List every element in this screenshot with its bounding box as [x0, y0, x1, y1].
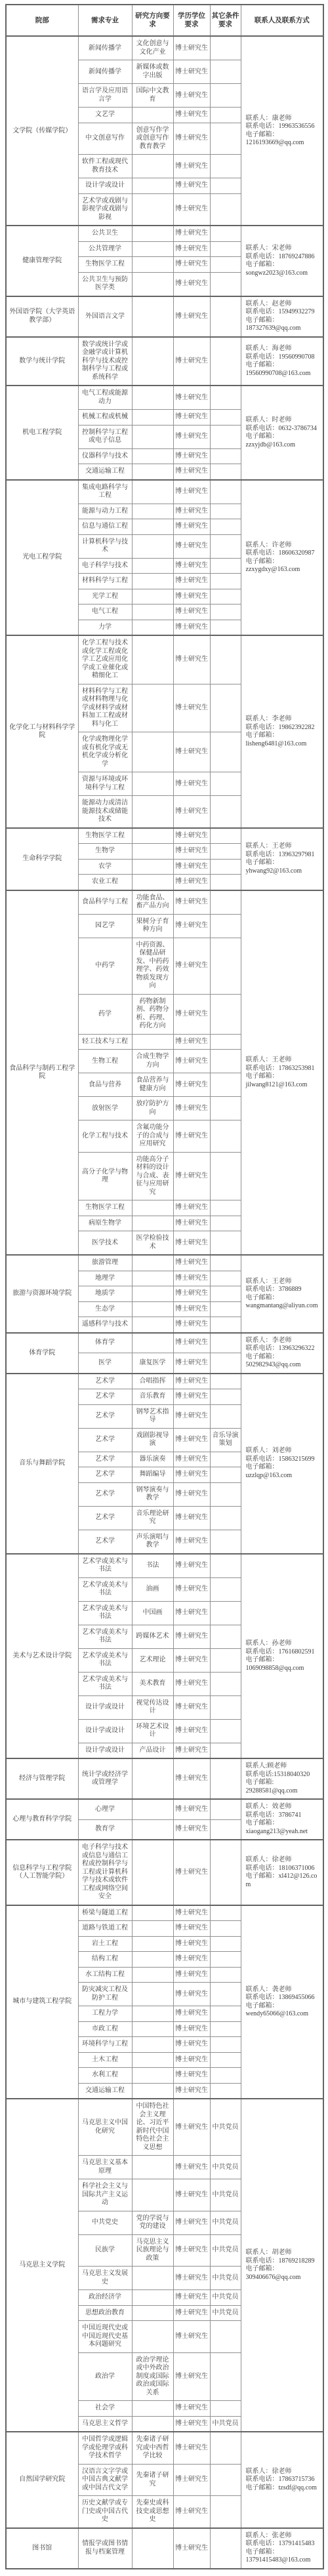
- direction-cell: [132, 2305, 173, 2321]
- direction-cell: [132, 1921, 173, 1937]
- other-cell: [210, 1374, 241, 1389]
- contact-cell: 联系人：胡老师联系电话：18769218289电子邮箱：309406676@qq…: [241, 2099, 323, 2432]
- major-cell: 艺术学或戏剧与影视学或戏剧与影视: [78, 193, 132, 226]
- contact-cell: 联系人：宋老师联系电话：18769247886电子邮箱：songwz2023@1…: [241, 226, 323, 296]
- direction-cell: [132, 519, 173, 535]
- direction-cell: [132, 2528, 173, 2569]
- degree-cell: 博士研究生: [173, 1317, 210, 1333]
- contact-line: 联系人：赵老师: [246, 300, 321, 309]
- major-cell: 设计学或设计: [78, 1695, 132, 1719]
- contact-cell: 联系人：徐老师联系电话：17863715736电子邮箱：tzsdf@qq.com: [241, 2432, 323, 2528]
- other-cell: [210, 84, 241, 108]
- college-cell: 体育学院: [6, 1333, 78, 1374]
- degree-cell: 博士研究生: [173, 2179, 210, 2211]
- major-cell: 马克思主义中国化研究: [78, 2099, 132, 2156]
- major-cell: 新闻传播学: [78, 60, 132, 84]
- major-cell: 教育学: [78, 1819, 132, 1840]
- direction-cell: 中国特色社会主义理论、习近平新时代中国特色社会主义思想: [132, 2099, 173, 2156]
- major-cell: 交通运输工程: [78, 2083, 132, 2099]
- direction-cell: [132, 1255, 173, 1271]
- direction-cell: [132, 2179, 173, 2211]
- header-contact: 联系人及联系方式: [241, 5, 323, 36]
- direction-cell: [132, 448, 173, 464]
- direction-cell: [132, 1216, 173, 1231]
- college-cell: 光电工程学院: [6, 480, 78, 636]
- major-cell: 环境科学与工程: [78, 2037, 132, 2053]
- degree-cell: 博士研究生: [173, 1389, 210, 1405]
- direction-cell: 视觉传达设计: [132, 1695, 173, 1719]
- degree-cell: 博士研究生: [173, 1428, 210, 1452]
- major-cell: 社会学: [78, 2401, 132, 2417]
- major-cell: 化学工程与技术或化学工程或化学工艺或应用化学或工业催化或精细化工: [78, 635, 132, 684]
- direction-cell: 先秦诸子研究: [132, 2464, 173, 2496]
- direction-cell: 功能食品、畜产品方向: [132, 890, 173, 915]
- other-cell: [210, 337, 241, 386]
- contact-line: 电子邮箱：: [246, 2265, 321, 2274]
- contact-cell: 联系人：袭老师联系电话：13869455066电子邮箱：wendy65066@1…: [241, 1905, 323, 2099]
- table-row: 美术与艺术设计学院艺术学或美术与书法书法博士研究生联系人：孙老师联系电话：176…: [6, 1554, 323, 1578]
- other-cell: [210, 994, 241, 1034]
- college-cell: 自然国学研究院: [6, 2432, 78, 2528]
- direction-cell: [132, 684, 173, 732]
- college-cell: 生命科学学院: [6, 828, 78, 890]
- other-cell: [210, 1317, 241, 1333]
- major-cell: 新闻传播学: [78, 36, 132, 60]
- degree-cell: 博士研究生: [173, 425, 210, 448]
- other-cell: [210, 1467, 241, 1483]
- contact-line: 联系电话：19862392282: [246, 724, 321, 732]
- direction-cell: 油画: [132, 1577, 173, 1601]
- direction-cell: 跨媒体艺术: [132, 1625, 173, 1648]
- major-cell: 艺术学或美术与书法: [78, 1577, 132, 1601]
- major-cell: 遥感科学与技术: [78, 1317, 132, 1333]
- other-cell: 音乐导演策划: [210, 1428, 241, 1452]
- degree-cell: 博士研究生: [173, 60, 210, 84]
- other-cell: [210, 890, 241, 915]
- degree-cell: 博士研究生: [173, 2321, 210, 2353]
- contact-line: lisheng6481@163.com: [246, 740, 321, 749]
- other-cell: [210, 60, 241, 84]
- college-cell: 美术与艺术设计学院: [6, 1554, 78, 1759]
- college-cell: 马克思主义学院: [6, 2099, 78, 2432]
- major-cell: 艺术学: [78, 1452, 132, 1467]
- direction-cell: [132, 1983, 173, 2006]
- college-cell: 旅游与资源环境学院: [6, 1255, 78, 1333]
- college-cell: 城市与建筑工程学院: [6, 1905, 78, 2099]
- contact-line: 联系人：海老师: [246, 345, 321, 353]
- other-cell: [210, 1952, 241, 1968]
- direction-cell: [132, 1799, 173, 1819]
- contact-line: 电子邮箱：: [246, 1073, 321, 1081]
- degree-cell: 博士研究生: [173, 1216, 210, 1231]
- major-cell: 中药学: [78, 938, 132, 994]
- degree-cell: 博士研究生: [173, 558, 210, 574]
- degree-cell: 博士研究生: [173, 2267, 210, 2290]
- table-row: 机电工程学院电气工程或能源动力博士研究生联系人：时老师联系电话：0632-378…: [6, 386, 323, 410]
- major-cell: 控制科学与工程或电子信息: [78, 425, 132, 448]
- contact-line: 联系人：许老师: [246, 542, 321, 550]
- contact-line: 电子邮箱：: [246, 1819, 321, 1828]
- major-cell: 艺术学: [78, 1374, 132, 1389]
- degree-cell: 博士研究生: [173, 1097, 210, 1120]
- major-cell: 放射医学: [78, 1097, 132, 1120]
- direction-cell: [132, 620, 173, 635]
- direction-cell: [132, 534, 173, 558]
- other-cell: [210, 1601, 241, 1625]
- contact-line: yhwang92@163.com: [246, 867, 321, 876]
- degree-cell: 博士研究生: [173, 1799, 210, 1819]
- other-cell: [210, 1301, 241, 1317]
- major-cell: 农业工程: [78, 875, 132, 890]
- page: 院部 需求专业 研究方向要求 学历学位要求 其它条件要求 联系人及联系方式 文学…: [0, 0, 328, 2576]
- contact-line: 联系电话：17863253981: [246, 1065, 321, 1073]
- other-cell: [210, 1152, 241, 1200]
- direction-cell: [132, 635, 173, 684]
- degree-cell: 博士研究生: [173, 1467, 210, 1483]
- other-cell: [210, 1231, 241, 1256]
- contact-line: 电子邮箱：: [246, 361, 321, 370]
- direction-cell: [132, 1952, 173, 1968]
- table-row: 光电工程学院集成电路科学与工程博士研究生联系人：许老师联系电话：18606320…: [6, 480, 323, 504]
- contact-line: 联系电话：18606320987: [246, 549, 321, 558]
- other-cell: [210, 2037, 241, 2053]
- direction-cell: [132, 1819, 173, 1840]
- degree-cell: 博士研究生: [173, 1333, 210, 1353]
- other-cell: [210, 1819, 241, 1840]
- contact-line: 联系人：徐老师: [246, 2468, 321, 2476]
- other-cell: [210, 684, 241, 732]
- degree-cell: 博士研究生: [173, 2211, 210, 2234]
- direction-cell: [132, 732, 173, 772]
- contact-line: 电子邮箱：: [246, 859, 321, 867]
- contact-line: 联系人：宋老师: [246, 245, 321, 253]
- other-cell: [210, 2401, 241, 2417]
- table-body: 文学院（传媒学院）新闻传播学文化创意与文化产业博士研究生联系人：康老师联系电话：…: [6, 36, 323, 2569]
- degree-cell: 博士研究生: [173, 257, 210, 273]
- other-cell: [210, 1034, 241, 1050]
- direction-cell: 声乐演唱与教学: [132, 1530, 173, 1554]
- contact-line: zzxygdxy@163.com: [246, 566, 321, 574]
- contact-line: 联系电话：3786889: [246, 1286, 321, 1294]
- other-cell: [210, 155, 241, 178]
- contact-line: 联系电话：13963297981: [246, 851, 321, 860]
- contact-line: 电子邮箱：: [246, 317, 321, 325]
- direction-cell: 先秦诸子研究或中西哲学比较: [132, 2432, 173, 2464]
- direction-cell: [132, 425, 173, 448]
- major-cell: 情报学或图书情报与档案管理: [78, 2528, 132, 2569]
- degree-cell: 博士研究生: [173, 226, 210, 241]
- major-cell: 生物工程: [78, 1050, 132, 1073]
- degree-cell: 博士研究生: [173, 2099, 210, 2156]
- table-row: 体育学院体育学博士研究生联系人：李老师联系电话：13963296322电子邮箱：…: [6, 1333, 323, 1353]
- degree-cell: 博士研究生: [173, 1625, 210, 1648]
- direction-cell: [132, 604, 173, 620]
- major-cell: 旅游管理: [78, 1255, 132, 1271]
- direction-cell: [132, 2156, 173, 2179]
- major-cell: 公共卫生: [78, 226, 132, 241]
- other-cell: [210, 2006, 241, 2022]
- table-row: 健康管理学院公共卫生博士研究生联系人：宋老师联系电话：18769247886电子…: [6, 226, 323, 241]
- major-cell: 化学或物理化学或有机化学或无机化学或分析化学: [78, 732, 132, 772]
- direction-cell: [132, 1936, 173, 1952]
- degree-cell: 博士研究生: [173, 1983, 210, 2006]
- degree-cell: 博士研究生: [173, 1921, 210, 1937]
- other-cell: [210, 1530, 241, 1554]
- contact-line: 电子邮箱：: [246, 2002, 321, 2011]
- other-cell: 中共党员: [210, 2156, 241, 2179]
- major-cell: 食品与营养: [78, 1073, 132, 1097]
- direction-cell: 戏剧影视导演: [132, 1428, 173, 1452]
- degree-cell: 博士研究生: [173, 1936, 210, 1952]
- degree-cell: 博士研究生: [173, 1404, 210, 1428]
- college-cell: 信息科学与工程学院（人工智能学院）: [6, 1840, 78, 1905]
- major-cell: 能源与动力工程: [78, 504, 132, 519]
- table-row: 外国语学院（大学英语教学部）外国语言文学博士研究生联系人：赵老师联系电话：159…: [6, 296, 323, 337]
- other-cell: [210, 558, 241, 574]
- other-cell: [210, 1200, 241, 1216]
- major-cell: 农学: [78, 859, 132, 875]
- direction-cell: [132, 464, 173, 480]
- degree-cell: 博士研究生: [173, 2416, 210, 2432]
- contact-line: 联系人：王老师: [246, 842, 321, 851]
- other-cell: [210, 1758, 241, 1799]
- degree-cell: 博士研究生: [173, 2464, 210, 2496]
- major-cell: 信息与通信工程: [78, 519, 132, 535]
- direction-cell: [132, 504, 173, 519]
- direction-cell: [132, 2068, 173, 2084]
- major-cell: 电子科学与技术或信息与通信工程或控制科学与工程或计算机科学与技术或软件工程或网络…: [78, 1840, 132, 1905]
- direction-cell: [132, 1967, 173, 1983]
- college-cell: 文学院（传媒学院）: [6, 36, 78, 226]
- degree-cell: 博士研究生: [173, 272, 210, 296]
- major-cell: 公共管理学: [78, 241, 132, 257]
- other-cell: [210, 2068, 241, 2084]
- major-cell: 马克思主义基本原理: [78, 2156, 132, 2179]
- college-cell: 数学与统计学院: [6, 337, 78, 386]
- major-cell: 市政工程: [78, 2021, 132, 2037]
- degree-cell: 博士研究生: [173, 36, 210, 60]
- direction-cell: 合成生物学方向: [132, 1050, 173, 1073]
- major-cell: 水工结构工程: [78, 1967, 132, 1983]
- direction-cell: 音乐理论研究: [132, 1506, 173, 1530]
- table-row: 图书馆情报学或图书情报与档案管理博士研究生联系人：张老师联系电话：1379141…: [6, 2528, 323, 2569]
- major-cell: 地质学: [78, 1286, 132, 1302]
- contact-line: 联系人：时老师: [246, 416, 321, 425]
- contact-line: 联系电话：17863715736: [246, 2476, 321, 2484]
- other-cell: [210, 386, 241, 410]
- direction-cell: [132, 2052, 173, 2068]
- contact-line: 1216193669@qq.com: [246, 139, 321, 148]
- table-row: 旅游与资源环境学院旅游管理博士研究生联系人：王老师联系电话：3786889电子邮…: [6, 1255, 323, 1271]
- contact-line: wendy65066@163.com: [246, 2010, 321, 2019]
- direction-cell: 创意写作学或创意写作教育教学: [132, 123, 173, 155]
- major-cell: 软件工程或现代教育技术: [78, 155, 132, 178]
- major-cell: 中国哲学或逻辑学或伦理学或科学技术哲学: [78, 2432, 132, 2464]
- header-college: 院部: [6, 5, 78, 36]
- other-cell: [210, 257, 241, 273]
- direction-cell: [132, 1758, 173, 1799]
- major-cell: 结构工程: [78, 1952, 132, 1968]
- major-cell: 生物学: [78, 844, 132, 860]
- contact-line: 电子邮箱：: [246, 732, 321, 740]
- header-other: 其它条件要求: [210, 5, 241, 36]
- major-cell: 艺术学: [78, 1404, 132, 1428]
- degree-cell: 博士研究生: [173, 193, 210, 226]
- degree-cell: 博士研究生: [173, 410, 210, 426]
- major-cell: 中国近现代史或中国近现代史基本问题研究: [78, 2321, 132, 2353]
- degree-cell: 博士研究生: [173, 2068, 210, 2084]
- other-cell: [210, 1719, 241, 1743]
- direction-cell: [132, 2321, 173, 2353]
- degree-cell: 博士研究生: [173, 574, 210, 589]
- college-cell: 食品科学与制药工程学院: [6, 890, 78, 1256]
- other-cell: [210, 410, 241, 426]
- other-cell: [210, 1967, 241, 1983]
- contact-cell: 联系人：效老师联系电话：3786741电子邮箱：xiaogang213@yeah…: [241, 1799, 323, 1840]
- degree-cell: 博士研究生: [173, 1554, 210, 1578]
- other-cell: [210, 296, 241, 337]
- other-cell: [210, 480, 241, 504]
- contact-line: 联系电话：19560990708: [246, 353, 321, 362]
- major-cell: 食品科学与工程: [78, 890, 132, 915]
- other-cell: [210, 844, 241, 860]
- contact-line: 联系电话：15949932279: [246, 308, 321, 317]
- contact-line: 19560990708@163.com: [246, 370, 321, 378]
- direction-cell: 钢琴艺术指导: [132, 1404, 173, 1428]
- contact-line: 联系电话：0632-3786734: [246, 425, 321, 433]
- other-cell: [210, 1799, 241, 1819]
- contact-cell: 联系人：康老师联系电话：19963536556电子邮箱：1216193669@q…: [241, 36, 323, 226]
- major-cell: 心理学: [78, 1799, 132, 1819]
- other-cell: [210, 938, 241, 994]
- major-cell: 机械工程或机械: [78, 410, 132, 426]
- other-cell: [210, 534, 241, 558]
- degree-cell: 博士研究生: [173, 1374, 210, 1389]
- major-cell: 马克思主义发展史: [78, 2267, 132, 2290]
- degree-cell: 博士研究生: [173, 1301, 210, 1317]
- contact-line: 电子邮箱：: [246, 1656, 321, 1665]
- direction-cell: 产品设计: [132, 1743, 173, 1758]
- major-cell: 艺术学或美术与书法: [78, 1625, 132, 1648]
- major-cell: 设计学或设计: [78, 1743, 132, 1758]
- major-cell: 地理学: [78, 1271, 132, 1286]
- degree-cell: 博士研究生: [173, 1530, 210, 1554]
- contact-line: 电子邮箱：xl412@126.com: [246, 1873, 321, 1889]
- major-cell: 艺术学: [78, 1530, 132, 1554]
- contact-line: 电子邮箱：tzsdf@qq.com: [246, 2484, 321, 2493]
- other-cell: 中共党员: [210, 2416, 241, 2432]
- degree-cell: 博士研究生: [173, 2021, 210, 2037]
- major-cell: 生态学: [78, 1301, 132, 1317]
- direction-cell: 医学检验技术: [132, 1231, 173, 1256]
- contact-line: songwz2023@163.com: [246, 269, 321, 278]
- degree-cell: 博士研究生: [173, 1073, 210, 1097]
- degree-cell: 博士研究生: [173, 519, 210, 535]
- direction-cell: [132, 772, 173, 796]
- table-row: 信息科学与工程学院（人工智能学院）电子科学与技术或信息与通信工程或控制科学与工程…: [6, 1840, 323, 1905]
- contact-line: jilwang8121@163.com: [246, 1081, 321, 1090]
- contact-line: 联系人：李老师: [246, 1337, 321, 1345]
- major-cell: 体育学: [78, 1333, 132, 1353]
- contact-line: 联系电话：3786741: [246, 1812, 321, 1820]
- direction-cell: [132, 241, 173, 257]
- contact-line: 联系人：张老师: [246, 2532, 321, 2541]
- degree-cell: 博士研究生: [173, 1840, 210, 1905]
- degree-cell: 博士研究生: [173, 589, 210, 604]
- other-cell: [210, 2496, 241, 2528]
- contact-cell: 联系人：许老师联系电话：18606320987电子邮箱：zzxygdxy@163…: [241, 480, 323, 636]
- other-cell: [210, 2321, 241, 2353]
- major-cell: 艺术学或美术与书法: [78, 1648, 132, 1672]
- major-cell: 病原生物学: [78, 1216, 132, 1231]
- direction-cell: [132, 386, 173, 410]
- degree-cell: 博士研究生: [173, 1672, 210, 1695]
- table-row: 马克思主义学院马克思主义中国化研究中国特色社会主义理论、习近平新时代中国特色社会…: [6, 2099, 323, 2156]
- contact-line: 电子邮箱：: [246, 1353, 321, 1362]
- degree-cell: 博士研究生: [173, 2290, 210, 2306]
- contact-line: 联系电话：15863215699: [246, 1456, 321, 1464]
- major-cell: 马克思主义哲学: [78, 2416, 132, 2432]
- degree-cell: 博士研究生: [173, 604, 210, 620]
- other-cell: [210, 875, 241, 890]
- major-cell: 资源与环境或环境科学与工程: [78, 772, 132, 796]
- major-cell: 医学: [78, 1353, 132, 1374]
- direction-cell: 舞蹈编导: [132, 1467, 173, 1483]
- degree-cell: 博士研究生: [173, 464, 210, 480]
- other-cell: [210, 1389, 241, 1405]
- major-cell: 光学工程: [78, 589, 132, 604]
- table-row: 数学与统计学院数学或统计学或金融学或计算机科学与技术或控制科学与工程或系统科学博…: [6, 337, 323, 386]
- direction-cell: 音乐教育: [132, 1389, 173, 1405]
- degree-cell: 博士研究生: [173, 1482, 210, 1506]
- direction-cell: [132, 2037, 173, 2053]
- major-cell: 能源动力或清洁能源技术或储能技术: [78, 796, 132, 828]
- major-cell: 化学工程与技术: [78, 1120, 132, 1153]
- contact-cell: 联系人：徐老师联系电话：18106371006电子邮箱：xl412@126.co…: [241, 1840, 323, 1905]
- table-header: 院部 需求专业 研究方向要求 学历学位要求 其它条件要求 联系人及联系方式: [6, 5, 323, 36]
- other-cell: 中共党员: [210, 2305, 241, 2321]
- direction-cell: 政治学理论或中外政治制度或国际政治或国际关系: [132, 2352, 173, 2401]
- degree-cell: 博士研究生: [173, 1819, 210, 1840]
- major-cell: 计算机科学与技术: [78, 534, 132, 558]
- degree-cell: 博士研究生: [173, 1152, 210, 1200]
- college-cell: 图书馆: [6, 2528, 78, 2569]
- other-cell: [210, 1936, 241, 1952]
- degree-cell: 博士研究生: [173, 2234, 210, 2267]
- major-cell: 统计学或经济学或管理学: [78, 1758, 132, 1799]
- college-cell: 机电工程学院: [6, 386, 78, 480]
- degree-cell: 博士研究生: [173, 108, 210, 123]
- other-cell: [210, 1353, 241, 1374]
- degree-cell: 博士研究生: [173, 1952, 210, 1968]
- table-row: 化学化工与材料科学学院化学工程与技术或化学工程或化学工艺或应用化学或工业催化或精…: [6, 635, 323, 684]
- degree-cell: 博士研究生: [173, 1255, 210, 1271]
- other-cell: 中共党员: [210, 2179, 241, 2211]
- direction-cell: [132, 2267, 173, 2290]
- degree-cell: 博士研究生: [173, 337, 210, 386]
- contact-line: xiaogang213@yeah.net: [246, 1828, 321, 1836]
- other-cell: [210, 2352, 241, 2401]
- degree-cell: 博士研究生: [173, 635, 210, 684]
- other-cell: [210, 1097, 241, 1120]
- other-cell: [210, 241, 241, 257]
- degree-cell: 博士研究生: [173, 2496, 210, 2528]
- degree-cell: 博士研究生: [173, 1271, 210, 1286]
- degree-cell: 博士研究生: [173, 1200, 210, 1216]
- major-cell: 政治经济学: [78, 2290, 132, 2306]
- other-cell: [210, 1577, 241, 1601]
- other-cell: [210, 1216, 241, 1231]
